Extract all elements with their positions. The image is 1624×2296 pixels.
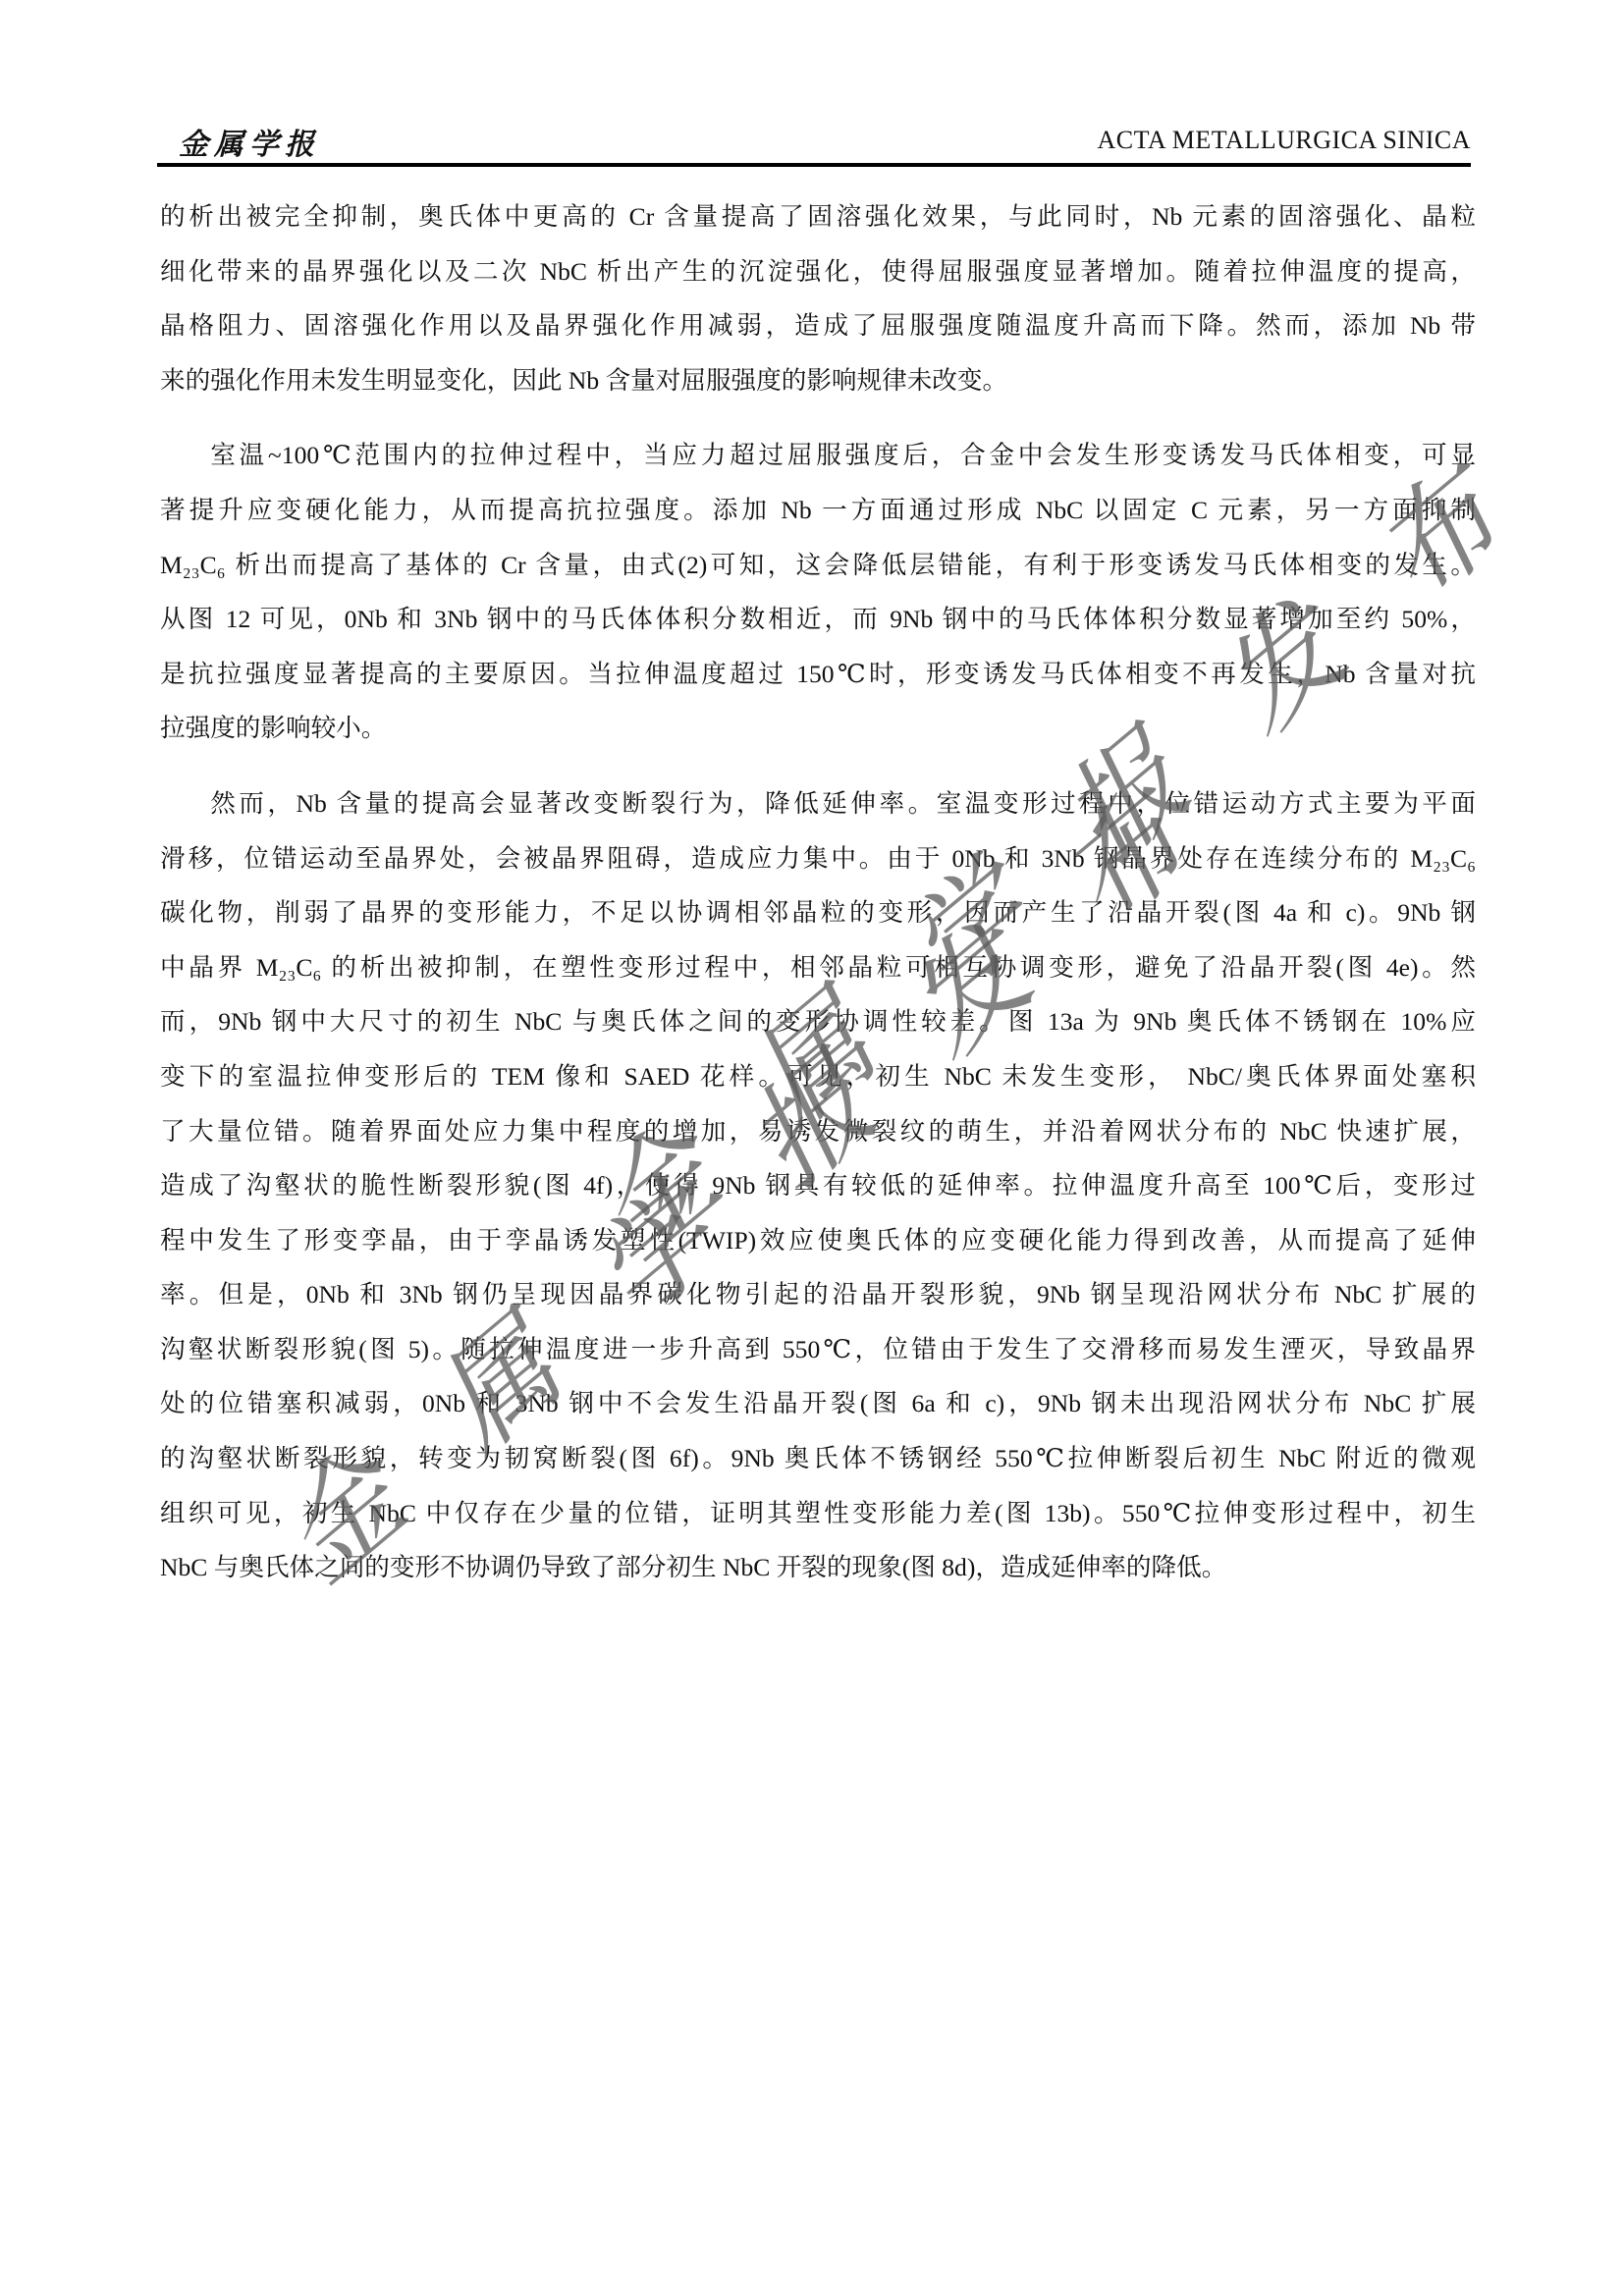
- page-header: 金属学报 ACTA METALLURGICA SINICA: [157, 116, 1471, 161]
- text-line: 率。但是，0Nb 和 3Nb 钢仍呈现因晶界碳化物引起的沿晶开裂形貌，9Nb 钢…: [160, 1267, 1476, 1322]
- text-line: 处的位错塞积减弱，0Nb 和 3Nb 钢中不会发生沿晶开裂(图 6a 和 c)，…: [160, 1376, 1476, 1431]
- text-line: 是抗拉强度显著提高的主要原因。当拉伸温度超过 150℃时，形变诱发马氏体相变不再…: [160, 647, 1476, 702]
- text-line: 变下的室温拉伸变形后的 TEM 像和 SAED 花样。可见，初生 NbC 未发生…: [160, 1049, 1476, 1104]
- text-line: 室温~100℃范围内的拉伸过程中，当应力超过屈服强度后，合金中会发生形变诱发马氏…: [160, 428, 1476, 483]
- text-line: 的沟壑状断裂形貌，转变为韧窝断裂(图 6f)。9Nb 奥氏体不锈钢经 550℃拉…: [160, 1431, 1476, 1486]
- journal-name-en: ACTA METALLURGICA SINICA: [1097, 126, 1471, 155]
- text-line: 细化带来的晶界强化以及二次 NbC 析出产生的沉淀强化，使得屈服强度显著增加。随…: [160, 244, 1476, 299]
- text-line: 了大量位错。随着界面处应力集中程度的增加，易诱发微裂纹的萌生，并沿着网状分布的 …: [160, 1104, 1476, 1159]
- paragraph-2: 室温~100℃范围内的拉伸过程中，当应力超过屈服强度后，合金中会发生形变诱发马氏…: [160, 428, 1476, 756]
- text-line: 造成了沟壑状的脆性断裂形貌(图 4f)，使得 9Nb 钢具有较低的延伸率。拉伸温…: [160, 1158, 1476, 1213]
- article-body: 的析出被完全抑制，奥氏体中更高的 Cr 含量提高了固溶强化效果，与此同时，Nb …: [160, 189, 1476, 1595]
- text-line: 然而，Nb 含量的提高会显著改变断裂行为，降低延伸率。室温变形过程中，位错运动方…: [160, 776, 1476, 831]
- text-line: 来的强化作用未发生明显变化，因此 Nb 含量对屈服强度的影响规律未改变。: [160, 353, 1476, 408]
- text-line: 从图 12 可见，0Nb 和 3Nb 钢中的马氏体体积分数相近，而 9Nb 钢中…: [160, 592, 1476, 647]
- text-line: 滑移，位错运动至晶界处，会被晶界阻碍，造成应力集中。由于 0Nb 和 3Nb 钢…: [160, 831, 1476, 886]
- text-line: 程中发生了形变孪晶，由于孪晶诱发塑性(TWIP)效应使奥氏体的应变硬化能力得到改…: [160, 1213, 1476, 1268]
- paragraph-3: 然而，Nb 含量的提高会显著改变断裂行为，降低延伸率。室温变形过程中，位错运动方…: [160, 776, 1476, 1595]
- text-line: 而，9Nb 钢中大尺寸的初生 NbC 与奥氏体之间的变形协调性较差。图 13a …: [160, 994, 1476, 1049]
- text-line: NbC 与奥氏体之间的变形不协调仍导致了部分初生 NbC 开裂的现象(图 8d)…: [160, 1540, 1476, 1595]
- paragraph-1: 的析出被完全抑制，奥氏体中更高的 Cr 含量提高了固溶强化效果，与此同时，Nb …: [160, 189, 1476, 407]
- text-line: 碳化物，削弱了晶界的变形能力，不足以协调相邻晶粒的变形，因而产生了沿晶开裂(图 …: [160, 885, 1476, 940]
- text-line: 中晶界 M₂₃C₆ 的析出被抑制，在塑性变形过程中，相邻晶粒可相互协调变形，避免…: [160, 940, 1476, 995]
- text-line: 的析出被完全抑制，奥氏体中更高的 Cr 含量提高了固溶强化效果，与此同时，Nb …: [160, 189, 1476, 244]
- text-line: 拉强度的影响较小。: [160, 701, 1476, 756]
- journal-logo-cn: 金属学报: [179, 120, 320, 163]
- text-line: 著提升应变硬化能力，从而提高抗拉强度。添加 Nb 一方面通过形成 NbC 以固定…: [160, 483, 1476, 538]
- text-line: 沟壑状断裂形貌(图 5)。随拉伸温度进一步升高到 550℃，位错由于发生了交滑移…: [160, 1322, 1476, 1377]
- text-line: 组织可见，初生 NbC 中仅存在少量的位错，证明其塑性变形能力差(图 13b)。…: [160, 1486, 1476, 1541]
- text-line: M₂₃C₆ 析出而提高了基体的 Cr 含量，由式(2)可知，这会降低层错能，有利…: [160, 538, 1476, 593]
- header-divider: [157, 163, 1471, 167]
- text-line: 晶格阻力、固溶强化作用以及晶界强化作用减弱，造成了屈服强度随温度升高而下降。然而…: [160, 298, 1476, 353]
